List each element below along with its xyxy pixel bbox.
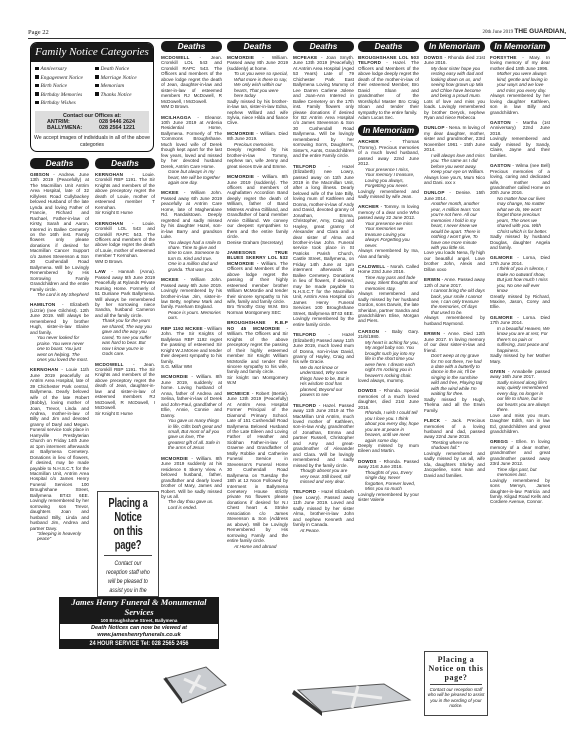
- office-ballymena: BALLYMENA:028 2564 1221: [35, 125, 149, 131]
- notice-verse: Sadly missed along life's way, quietly r…: [490, 380, 550, 413]
- notice: DOWDS - Rhonda. Passed away 21st June 20…: [358, 459, 419, 503]
- notice: MCPEAKE - Joan Smyth. June 13th 2019 (Pe…: [293, 55, 354, 159]
- notice-verse: To us you were so special, What more is …: [227, 71, 288, 98]
- notice-after: Always love you's, Mum Nico and Dani. xx…: [424, 175, 485, 186]
- notice-after: Always remembered and sadly missed by he…: [358, 291, 419, 324]
- notice-text: - Joan Smyth. June 13th 2019 (Peacefully…: [293, 55, 354, 158]
- notice-after: Sadly missed by his brother-in-law Ian, …: [227, 99, 288, 126]
- deceased-name: TELFORD: [293, 164, 316, 169]
- notice: KERNOHAN - Louie. Cromkill RBP 1191. The…: [95, 172, 155, 216]
- notice: FORSYTHE - Mary. In loving memory of my …: [490, 55, 550, 115]
- deceased-name: DOWDS: [358, 388, 377, 393]
- notice-sign: Bro Timothy Gray W.M. Bro Norman Montgom…: [227, 304, 288, 315]
- placing-notice-title: Placing a Notice on this page?: [108, 496, 148, 552]
- deceased-name: MCMORDIE: [227, 131, 254, 136]
- notice-verse: My dear sister hope you resting easy wit…: [424, 66, 485, 99]
- notice-after: Always remembered by her loving daughter…: [490, 93, 550, 115]
- notice-verse: I will always love and miss you. The sam…: [424, 153, 485, 175]
- notice-verse: In a beautiful Heaven, We know you are a…: [490, 326, 550, 353]
- deceased-name: MCMORDIE: [161, 456, 188, 461]
- notice-body: CARSON - Baby Gary. 21/6/1980.: [358, 329, 419, 340]
- notice: MCMORDIE - William. 8th June 2019 sudden…: [161, 456, 222, 511]
- notice-body: GIBSON - Andrew. June 13th 2019 (Peacefu…: [30, 172, 89, 292]
- deceased-name: MCDOWELL: [95, 362, 124, 367]
- notice-text: - William. 8th June 2019, suddenly at ho…: [161, 374, 222, 417]
- notice-body: DOWDS - Rhonda. Passed away 21st June 20…: [358, 459, 419, 470]
- notice-body: FORSYTHE - Mary. In loving memory of my …: [490, 55, 550, 71]
- column-memoriam-7: In Memoriam DOWDS - Rhonda died 21st Jun…: [424, 41, 485, 648]
- deceased-name: MCMORDIE: [227, 55, 254, 60]
- advert-website-link[interactable]: www.jameshenryfunerals.co.uk: [61, 632, 217, 639]
- deceased-name: TELFORD: [293, 332, 316, 337]
- notice: GASTON - Wilma (nee Bell) Precious memor…: [490, 163, 550, 250]
- notice: MCDOWELL - Jean. Cromkill RBP 1191. The …: [95, 362, 155, 417]
- notice-text: - Robert (Bertie). June 13th 2019 (Peace…: [227, 391, 288, 543]
- deceased-name: ARCHER: [358, 139, 379, 144]
- notice-verse: You always had a smile to share. Time to…: [161, 240, 222, 273]
- notice-verse: Peace is yours. Memories ours.: [161, 310, 222, 321]
- issue-date: 20th June 2019 THE GUARDIAN,: [483, 28, 566, 35]
- placing-notice-box-large: Placing a Notice on this page? Contact o…: [97, 491, 159, 597]
- notice-verse: Mother you were always kind, gentle and …: [490, 71, 550, 93]
- deceased-name: GREGG: [490, 439, 508, 444]
- notice-text: - Hazel (Elizabeth) Passed away 11th Jun…: [293, 332, 354, 364]
- notice-text: - William John. The Sir Knights of Bally…: [161, 326, 222, 364]
- notice: LAW - Hannah (Anna). Passed away 5th Jun…: [95, 269, 155, 356]
- notice: KERNOHAN - Louie. Cromkill LOL 543 and C…: [95, 221, 155, 265]
- office-name: BALLYMENA:: [47, 125, 99, 131]
- placing-notice-body: Contact our reception staff who will be …: [427, 687, 485, 709]
- notice-sign: Adam Lucas Sec.: [358, 115, 419, 120]
- notice: MCMORDIE - William. 8th June 2019, sudde…: [161, 374, 222, 450]
- deceased-name: GILMORE: [490, 255, 513, 260]
- notice-verse: Though absent you are very near. Still l…: [293, 468, 354, 484]
- office-phone: 028 2564 1221: [99, 125, 135, 131]
- notice-text: - William John. Passed away 6th June 201…: [161, 277, 222, 309]
- notice-sign: Denise Graham (Secretary): [227, 240, 288, 245]
- deceased-name: DOWDS: [358, 459, 377, 464]
- notice-text: - Hannah (Anna). Passed away 5th June 20…: [95, 269, 155, 318]
- notice: FLECK - Jack. Precious memories of a lov…: [424, 418, 485, 478]
- notice-text: - Wilma (nee Bell) Precious memories of …: [490, 163, 550, 195]
- funeral-services-advert: James Henry Funeral & Monumental Service…: [59, 597, 219, 649]
- notice: GIVEN - Annabelle passed away 16th June …: [490, 369, 550, 434]
- deceased-name: TELFORD: [293, 403, 316, 408]
- placing-notice-body: Contact our reception staff who will be …: [106, 559, 151, 597]
- notice-body: TELFORD - Hazel (Elizabeth) nee Lowry, p…: [293, 164, 354, 328]
- notice: DOWDS - Rhonda. Special memories of a mu…: [358, 388, 419, 453]
- notice: KERNOHAN - Louie 11th June 2019 peaceful…: [30, 367, 89, 542]
- deceased-name: CALDWELL: [358, 264, 385, 269]
- deceased-name: MCKEE: [161, 277, 179, 282]
- notice-text: - Louie 11th June 2019 peacefully at Ant…: [30, 367, 89, 530]
- notice-text: - Hazel. The Officers and Members of the…: [358, 60, 419, 114]
- deceased-name: DUNLOP: [424, 190, 445, 195]
- deceased-name: DOWDS: [424, 55, 443, 60]
- notice-verse: Your presence I miss, Your memory I trea…: [358, 167, 419, 189]
- notice-body: ERWIN - Anne. Passed away 12th of June 2…: [424, 277, 485, 288]
- notice-text: - Hazel (Elizabeth) nee Lowry, passed aw…: [293, 164, 354, 327]
- deaths-notices: BROUGHSHANE LOL 503 TELFORD - Hazel. The…: [358, 55, 419, 120]
- categories-panel: Family Notice Categories AnniversaryDeat…: [30, 42, 154, 152]
- deceased-name: DUNLOP: [424, 125, 445, 130]
- notice-verse: I cannot bring the old days back, your s…: [424, 288, 485, 315]
- section-header-deaths: Deaths: [293, 41, 354, 52]
- category-item: Birthday Wishes: [35, 100, 95, 108]
- notice-body: MCMORDIE - William. 8th June 2019 sudden…: [161, 456, 222, 500]
- notice-after: Sadly missed by husband Douglas, daughte…: [490, 234, 550, 250]
- notice-text: - Hazel Elizabeth (nee Lowry). Passed aw…: [293, 489, 354, 527]
- notice-verse: Gone but always in my heart, We will be …: [161, 169, 222, 185]
- notice: GILMORE - Lorna, Died 17th June 2014.I t…: [490, 255, 550, 310]
- section-header-deaths: Deaths: [358, 41, 419, 52]
- deceased-name: GIBSON: [30, 172, 49, 177]
- notice-verse: Another month, another year, A million t…: [424, 201, 485, 250]
- deceased-name: LAW: [95, 269, 106, 274]
- notice-body: JAMIESONS TRUE BLUES SKERRY LOL 532 MCMO…: [227, 250, 288, 305]
- notice-body: ARCHER - Thomas (Tommy). Precious memori…: [358, 139, 419, 166]
- notice: HAMILTON - Elizabeth (Lizzie) (nee Gilch…: [30, 302, 89, 362]
- notice: RBP 1192 MCKEE - William John. The Sir K…: [161, 326, 222, 370]
- notice: ARCHER - Thomas (Tommy). Precious memori…: [358, 139, 419, 199]
- notice-after: Lovingly remembered by sons Mervyn, Jame…: [490, 478, 550, 505]
- notice: DUNLOP - Nena. In loving of my dear daug…: [424, 125, 485, 185]
- page-number: Page 22: [28, 29, 49, 36]
- section-header-deaths: Deaths: [30, 158, 89, 169]
- notice: MCKEE - William John. Passed away 6th Ju…: [161, 277, 222, 321]
- notice: ARCHER - Tommy. In loving memory of a de…: [358, 204, 419, 259]
- notice-verse: Don't weep at my grave for I'm not there…: [424, 353, 485, 397]
- deceased-name: GILMORE: [490, 315, 513, 320]
- section-header-deaths: Deaths: [95, 158, 155, 169]
- divider: [430, 684, 482, 685]
- deceased-name: MCILHAGGA: [161, 115, 191, 120]
- notice-after: Lovingly remembered and sadly missed by …: [424, 451, 485, 478]
- column-memoriam-8: In Memoriam FORSYTHE - Mary. In loving m…: [490, 41, 550, 700]
- notice-body: MCDOWELL - Jean. Cromkill RBP 1191. The …: [95, 362, 155, 411]
- notice: MCMORDIE - William. Passed away 8th June…: [227, 55, 288, 126]
- category-item: Death Notice: [95, 66, 153, 74]
- deceased-name: GASTON: [490, 120, 511, 125]
- notice-text: - Andrew. June 13th 2019 (Peacefully) at…: [30, 172, 89, 292]
- notice-body: GREGG - Ellen. In loving memory of a dea…: [490, 439, 550, 466]
- deceased-name: ARCHER: [358, 204, 379, 209]
- notice-verse: Thank you for the years we shared, The w…: [95, 318, 155, 356]
- notice-after: loved always, mummy.: [358, 378, 419, 383]
- contact-offices: Contact our Offices at: ANTRIM:028 9446 …: [35, 111, 149, 134]
- notice-body: MCILHAGGA - Eleanor. 10th June 2019 at A…: [161, 115, 222, 170]
- notice-verse: Thoughts of you, Every single day, Never…: [358, 470, 419, 492]
- notice-sign: Sir Knight E Hume: [95, 210, 155, 215]
- notice: ERWIN - Anne. Passed away 12th of June 2…: [424, 277, 485, 326]
- deceased-name: KERNOHAN: [95, 221, 123, 226]
- notice: CARSON - Baby Gary. 21/6/1980.My heart i…: [358, 329, 419, 384]
- deceased-name: MCPEAKE: [293, 55, 317, 60]
- deceased-name: FLECK: [424, 418, 440, 423]
- notice-after: Lovingly remembered and sadly missed by …: [358, 189, 419, 200]
- notice-body: ARCHER - Tommy. In loving memory of a de…: [358, 204, 419, 220]
- notice-body: MCDOWELL - Jean. Cromkill LOL 543 and Cr…: [161, 55, 222, 104]
- notice-body: GILMORE - Lorna. Died 17th June 2014.: [490, 315, 550, 326]
- notice-body: MCMORDIE - William. Died 8th June 2019.: [227, 131, 288, 142]
- notice: TELFORD - Hazel (Elizabeth) Passed away …: [293, 332, 354, 397]
- notice-after: Deeply missed by mum Eileen and Martin.: [358, 443, 419, 454]
- notice-body: KERNOHAN - Louie. Cromkill LOL 543 and C…: [95, 221, 155, 259]
- deceased-name: MCDOWELL: [161, 55, 190, 60]
- notice-text: - Louie. Cromkill LOL 543 and Cromkill R…: [95, 221, 155, 259]
- category-item: Birth Notice: [35, 83, 95, 91]
- notice: MCKEE - William John. Passed away 6th Ju…: [161, 190, 222, 272]
- notice: GREGG - Ellen. In loving memory of a dea…: [490, 439, 550, 504]
- notice-text: - William. The Officers and Sir Knights …: [227, 326, 288, 375]
- notice-after: Lovingly remembered and sadly missed by …: [490, 136, 550, 158]
- notice-after: Sadly missed by Hugh, Thelma and all the…: [424, 397, 485, 413]
- notice-sign: WM D Brown.: [95, 259, 155, 264]
- section-header-in-memoriam: In Memoriam: [358, 125, 419, 136]
- column-deaths-3: Deaths MCDOWELL - Jean. Cromkill LOL 543…: [161, 41, 222, 663]
- notice-verse: You never looked for praise. You were ne…: [30, 335, 89, 362]
- notice: TELFORD - Hazel Elizabeth (nee Lowry). P…: [293, 489, 354, 533]
- notice-body: CALDWELL - Norah. Called Home 23rd June …: [358, 264, 419, 275]
- categories-title: Family Notice Categories: [31, 43, 153, 62]
- notice: TELFORD - Hazel. Passed away 11th June 2…: [293, 403, 354, 485]
- notice-verse: Your presence we miss Your memories we t…: [358, 221, 419, 248]
- section-header-in-memoriam: In Memoriam: [490, 41, 550, 52]
- notice-sign: WM D Brown.: [161, 104, 222, 109]
- notice: GASTON - Martha (1st Anniversary) 22nd J…: [490, 120, 550, 158]
- notice-text: - William. The Officers and Members of t…: [227, 261, 288, 304]
- notice-after: Greatly missed by Richard, Maxine, Jason…: [490, 294, 550, 310]
- notice-body: GILMORE - Lorna, Died 17th June 2014.: [490, 255, 550, 266]
- notice-text: - Hazel. Passed away 11th June 2019 at T…: [293, 403, 354, 468]
- deceased-name: MCKEE: [161, 190, 179, 195]
- section-header-in-memoriam: In Memoriam: [424, 41, 485, 52]
- notice: GIBSON - Andrew. June 13th 2019 (Peacefu…: [30, 172, 89, 297]
- deceased-name: RBP 1192 MCKEE: [161, 326, 203, 331]
- notice-verse: The day thou gave us. Lord is ended.: [161, 499, 222, 510]
- notice: MCMORDIE - William. 8th June 2019 (sudde…: [227, 174, 288, 245]
- notice: TELFORD - Hazel (Elizabeth) nee Lowry, p…: [293, 164, 354, 328]
- notice-body: KERNOHAN - Louie. Cromkill RBP 1191. The…: [95, 172, 155, 210]
- notice-body: DOWDS - Rhonda. Special memories of a mu…: [358, 388, 419, 410]
- section-header-deaths: Deaths: [161, 41, 222, 52]
- advert-company-name: James Henry Funeral & Monumental Service…: [60, 598, 218, 617]
- notice-body: ERWIN - Anne. Died 12th June 2017. In lo…: [424, 331, 485, 353]
- notice-text: - William John. Passed away 6th June 201…: [161, 190, 222, 239]
- notice-verse: No matter how our lives may change, No m…: [490, 196, 550, 234]
- notice-body: DUNLOP - Nena. In loving of my dear daug…: [424, 125, 485, 152]
- deceased-name: HAMILTON: [30, 302, 55, 307]
- notice: DOWDS - Rhonda died 21st June 2016.My de…: [424, 55, 485, 120]
- notice-sign: Sir knight Ian Montgomery W.M: [227, 375, 288, 386]
- notice-verse: The Lord is My Shepherd: [30, 292, 89, 297]
- divider: [104, 555, 152, 556]
- bible-cross-icon: [292, 682, 412, 716]
- deceased-name: ERWIN: [424, 277, 440, 282]
- notice-body: MCMORDIE - William. 8th June 2019 (sudde…: [227, 174, 288, 239]
- notice-after: Sadly missed by her Mother Mary.: [490, 353, 550, 364]
- notice-after: Always remembered by husband Raymond.: [424, 315, 485, 326]
- notice: JAMIESONS TRUE BLUES SKERRY LOL 532 MCMO…: [227, 250, 288, 315]
- notice-body: MCKEE - William John. Passed away 6th Ju…: [161, 277, 222, 310]
- notice-after: Lots of love and miss you loads. Lovingl…: [424, 99, 485, 121]
- notice-after: Love you loads Nena, fly high our beauti…: [424, 250, 485, 272]
- notice-text: - William. 8th June 2019 suddenly at his…: [161, 456, 222, 499]
- notice-body: MCNEICE - Robert (Bertie). June 13th 201…: [227, 391, 288, 544]
- notice-text: - William. 8th June 2019 (suddenly). The…: [227, 174, 288, 239]
- notice-text: - Jean. Cromkill LOL 543 and Cromkill RA…: [161, 55, 222, 104]
- notice-text: - Elizabeth (Lizzie) (nee Gilchrist). 12…: [30, 302, 89, 334]
- deceased-name: MCMORDIE: [227, 174, 254, 179]
- notice-verse: My heart is aching for you, My angel bab…: [358, 340, 419, 378]
- category-item: Marriage Notice: [95, 75, 153, 83]
- page-header: Page 22 20th June 2019 THE GUARDIAN,: [28, 28, 566, 39]
- notice-verse: "Sleeping in heavenly peace": [30, 531, 89, 542]
- category-item: Engagement Notice: [35, 75, 95, 83]
- deceased-name: BROUGHSHANE R.B.P NO 45 MCMORDIE: [227, 320, 288, 330]
- notice-after: Lovingly remembered by your sister Valer…: [358, 492, 419, 503]
- notice-body: TELFORD - Hazel Elizabeth (nee Lowry). P…: [293, 489, 354, 527]
- notice-verse: At Home and abroad: [227, 544, 288, 549]
- column-deaths-memoriam-6: Deaths BROUGHSHANE LOL 503 TELFORD - Haz…: [358, 41, 419, 700]
- notice: GILMORE - Lorna. Died 17th June 2014.In …: [490, 315, 550, 364]
- column-deaths-1: Deaths GIBSON - Andrew. June 13th 2019 (…: [30, 158, 89, 593]
- bible-cross-icon: [160, 665, 228, 705]
- notice-text: - Jean. Cromkill RBP 1191. The Sir Knigh…: [95, 362, 155, 411]
- deceased-name: KERNOHAN: [95, 172, 123, 177]
- date-text: 20th June 2019: [483, 30, 514, 35]
- notice-body: MCMORDIE - William. 8th June 2019, sudde…: [161, 374, 222, 418]
- notice-verse: At Peace.: [293, 528, 354, 533]
- section-header-deaths: Deaths: [227, 41, 288, 52]
- notice: CALDWELL - Norah. Called Home 23rd June …: [358, 264, 419, 324]
- notice-body: RBP 1192 MCKEE - William John. The Sir K…: [161, 326, 222, 364]
- deceased-name: ERWIN: [424, 331, 440, 336]
- notice: BROUGHSHANE R.B.P NO 45 MCMORDIE - Willi…: [227, 320, 288, 385]
- advert-address: 100 Broughshane Street, Ballymena: [60, 618, 218, 623]
- notice-body: GASTON - Martha (1st Anniversary) 22nd J…: [490, 120, 550, 136]
- advert-online-box: Death Notices can now be viewed at www.j…: [60, 624, 218, 639]
- notice-body: MCKEE - William John. Passed away 6th Ju…: [161, 190, 222, 239]
- notice-body: TELFORD - Hazel. Passed away 11th June 2…: [293, 403, 354, 468]
- placing-notice-box-small: Placing a Notice on this page? Contact o…: [424, 651, 488, 716]
- deceased-name: GASTON: [490, 163, 511, 168]
- notice-body: MCPEAKE - Joan Smyth. June 13th 2019 (Pe…: [293, 55, 354, 159]
- notice-text: - Eleanor. 10th June 2019 at Ardenia Res…: [161, 115, 222, 169]
- notice: DUNLOP - Denise. 15th June 2014.Another …: [424, 190, 485, 272]
- notice-body: KERNOHAN - Louie 11th June 2019 peaceful…: [30, 367, 89, 531]
- notice: ERWIN - Anne. Died 12th June 2017. In lo…: [424, 331, 485, 413]
- column-deaths-4: Deaths MCMORDIE - William. Passed away 8…: [227, 41, 288, 700]
- family-notice-categories: Family Notice Categories AnniversaryDeat…: [30, 42, 154, 152]
- notice-verse: You gave us many things in life, Gifts b…: [161, 418, 222, 451]
- notice-body: DOWDS - Rhonda died 21st June 2016.: [424, 55, 485, 66]
- notice-sign: Sir Knight E Hume: [95, 411, 155, 416]
- masthead: THE GUARDIAN,: [514, 28, 566, 35]
- category-item: Memoriam: [95, 83, 153, 91]
- deceased-name: KERNOHAN: [30, 367, 58, 372]
- advert-service-line: 24 HOUR SERVICE Tel: 028 2565 2456: [72, 639, 206, 648]
- category-item: Birthday Memories: [35, 92, 95, 100]
- deceased-name: CARSON: [358, 329, 379, 334]
- notice-body: MCMORDIE - William. Passed away 8th June…: [227, 55, 288, 71]
- notice-body: GASTON - Wilma (nee Bell) Precious memor…: [490, 163, 550, 196]
- notice: MCDOWELL - Jean. Cromkill LOL 543 and Cr…: [161, 55, 222, 110]
- notice-verse: Time may pass and fade away, Silent thou…: [358, 275, 419, 291]
- notice-body: DUNLOP - Denise. 15th June 2014.: [424, 190, 485, 201]
- notice-text: - Louie. Cromkill RBP 1191. The Sir Knig…: [95, 172, 155, 210]
- notice-body: FLECK - Jack. Precious memories of a lov…: [424, 418, 485, 440]
- category-list: AnniversaryDeath NoticeEngagement Notice…: [31, 62, 153, 110]
- notice-verse: We do not know or understand, Why some t…: [293, 365, 354, 398]
- notice-verse: I think of you in silence, I make no out…: [490, 266, 550, 293]
- notice-body: LAW - Hannah (Anna). Passed away 5th Jun…: [95, 269, 155, 318]
- column-deaths-5: Deaths MCPEAKE - Joan Smyth. June 13th 2…: [293, 41, 354, 680]
- images-note: We accept images of individuals in all o…: [31, 134, 153, 151]
- deceased-name: GIVEN: [490, 369, 505, 374]
- deceased-name: TELFORD: [293, 489, 316, 494]
- notice-verse: "Resting where no shadows fall.": [424, 440, 485, 451]
- notice-body: BROUGHSHANE LOL 503 TELFORD - Hazel. The…: [358, 55, 419, 115]
- notice-body: HAMILTON - Elizabeth (Lizzie) (nee Gilch…: [30, 302, 89, 335]
- column-deaths-2: Deaths KERNOHAN - Louie. Cromkill RBP 11…: [95, 158, 155, 488]
- newspaper-page: Page 22 20th June 2019 THE GUARDIAN,: [28, 28, 566, 39]
- notice-body: BROUGHSHANE R.B.P NO 45 MCMORDIE - Willi…: [227, 320, 288, 375]
- notice-sign: S.G. Millar WM: [161, 364, 222, 369]
- notice-verse: Time slips past, but memories last.: [490, 467, 550, 478]
- notice: MCMORDIE - William. Died 8th June 2019.P…: [227, 131, 288, 169]
- notice-after: Always remembered by Ina, Alan and famil…: [358, 248, 419, 259]
- deceased-name: FORSYTHE: [490, 55, 517, 60]
- notice: MCILHAGGA - Eleanor. 10th June 2019 at A…: [161, 115, 222, 186]
- category-item: Anniversary: [35, 66, 95, 74]
- notice-verse: Rhonda, I wish I could tell you I love y…: [358, 410, 419, 443]
- notice-after: Deeply regretted by his brother-in-law T…: [227, 147, 288, 169]
- deceased-name: MCNEICE: [227, 391, 250, 396]
- notice: MCNEICE - Robert (Bertie). June 13th 201…: [227, 391, 288, 549]
- memoriam-notices: ARCHER - Thomas (Tommy). Precious memori…: [358, 139, 419, 502]
- notice-after: Love and miss you mum. Daughter Edith, s…: [490, 413, 550, 435]
- category-item: Thanks Notice: [95, 92, 153, 100]
- notice: BROUGHSHANE LOL 503 TELFORD - Hazel. The…: [358, 55, 419, 120]
- notice-body: GIVEN - Annabelle passed away 16th June …: [490, 369, 550, 380]
- deceased-name: MCMORDIE: [161, 374, 188, 379]
- placing-notice-title: Placing a Notice on this page?: [427, 655, 485, 682]
- notice-body: TELFORD - Hazel (Elizabeth) Passed away …: [293, 332, 354, 365]
